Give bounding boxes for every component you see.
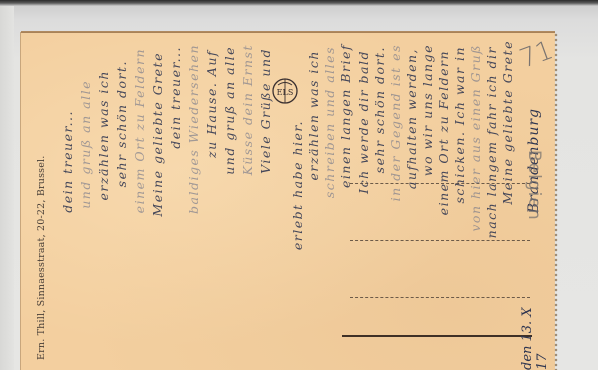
address-line-4: [342, 335, 532, 337]
address-line-3: [350, 297, 530, 298]
scanner-background: [0, 6, 14, 370]
perforated-edge: [554, 33, 558, 370]
address-line-2: [350, 240, 530, 241]
address-line-1: [350, 183, 530, 184]
logo-monogram: ELS: [277, 88, 294, 97]
pencil-country-annotation: Belgien: [524, 150, 544, 221]
handwritten-date: den 13. X 17: [520, 290, 550, 370]
publisher-logo-icon: ELS: [270, 76, 300, 106]
publisher-imprint: Ern. Thill, Sinnaesstraat, 20-22, Brusse…: [36, 155, 47, 360]
